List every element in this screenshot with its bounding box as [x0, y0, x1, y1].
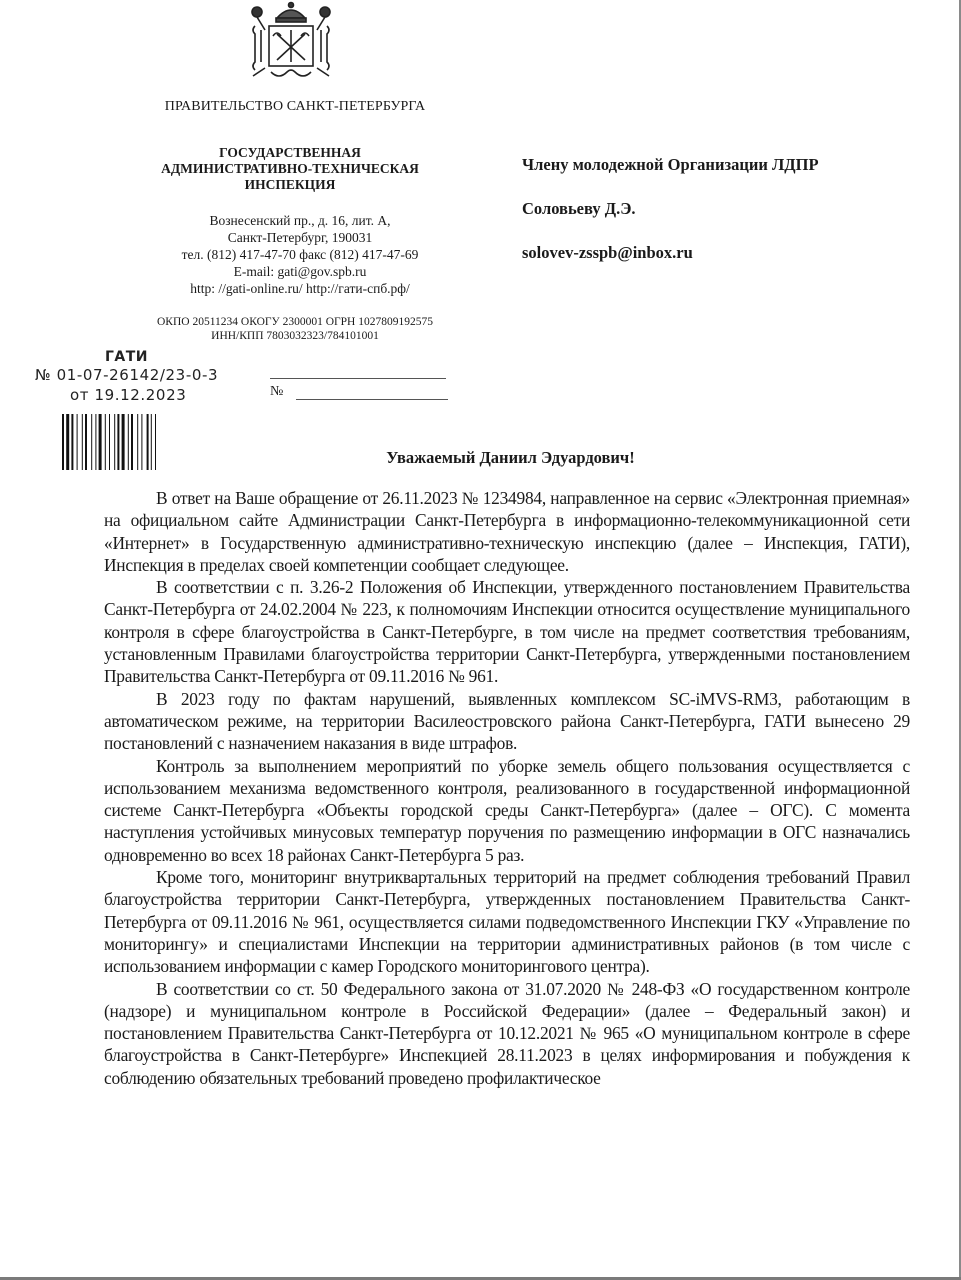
body-paragraph: В соответствии со ст. 50 Федерального за… — [104, 978, 910, 1089]
organization-name-line: ГОСУДАРСТВЕННАЯ — [130, 145, 450, 161]
body-paragraph: В соответствии с п. 3.26-2 Положения об … — [104, 576, 910, 687]
addressee-position: Члену молодежной Организации ЛДПР — [522, 155, 819, 175]
address-city: Санкт-Петербург, 190031 — [130, 229, 470, 246]
letter-body: В ответ на Ваше обращение от 26.11.2023 … — [104, 487, 910, 1089]
organization-codes: ОКПО 20511234 ОКОГУ 2300001 ОГРН 1027809… — [120, 315, 470, 343]
coat-of-arms-icon — [243, 0, 339, 84]
codes-inn-line: ИНН/КПП 7803032323/784101001 — [120, 329, 470, 343]
organization-name: ГОСУДАРСТВЕННАЯ АДМИНИСТРАТИВНО-ТЕХНИЧЕС… — [130, 145, 450, 193]
government-name: ПРАВИТЕЛЬСТВО САНКТ-ПЕТЕРБУРГА — [130, 99, 460, 115]
registration-number: № 01-07-26142/23-0-3 — [35, 366, 218, 384]
outgoing-number-label: № — [270, 384, 283, 400]
body-paragraph: В ответ на Ваше обращение от 26.11.2023 … — [104, 487, 910, 576]
codes-okpo-line: ОКПО 20511234 ОКОГУ 2300001 ОГРН 1027809… — [120, 315, 470, 329]
registration-org: ГАТИ — [105, 349, 148, 365]
address-websites: http: //gati-online.ru/ http://гати-спб.… — [130, 280, 470, 297]
address-email: E-mail: gati@gov.spb.ru — [130, 263, 470, 280]
organization-name-line: ИНСПЕКЦИЯ — [130, 177, 450, 193]
addressee-email: solovev-zsspb@inbox.ru — [522, 243, 693, 263]
body-paragraph: Кроме того, мониторинг внутриквартальных… — [104, 866, 910, 977]
outgoing-date-line — [270, 378, 446, 379]
address-street: Вознесенский пр., д. 16, лит. А, — [130, 212, 470, 229]
organization-name-line: АДМИНИСТРАТИВНО-ТЕХНИЧЕСКАЯ — [130, 161, 450, 177]
salutation: Уважаемый Даниил Эдуардович! — [0, 448, 961, 468]
body-paragraph: В 2023 году по фактам нарушений, выявлен… — [104, 688, 910, 755]
organization-address: Вознесенский пр., д. 16, лит. А, Санкт-П… — [130, 212, 470, 297]
registration-date: от 19.12.2023 — [70, 386, 186, 404]
addressee-name: Соловьеву Д.Э. — [522, 199, 636, 219]
body-paragraph: Контроль за выполнением мероприятий по у… — [104, 755, 910, 866]
address-phone: тел. (812) 417-47-70 факс (812) 417-47-6… — [130, 246, 470, 263]
outgoing-number-line — [296, 399, 448, 400]
